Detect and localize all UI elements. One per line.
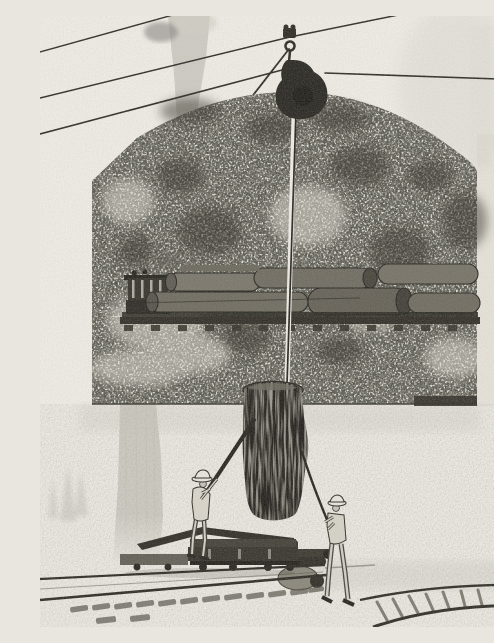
ink-drawing-logging-scene [40, 16, 494, 627]
drawing-canvas [40, 16, 494, 627]
paper-tooth-overlay [40, 16, 494, 627]
